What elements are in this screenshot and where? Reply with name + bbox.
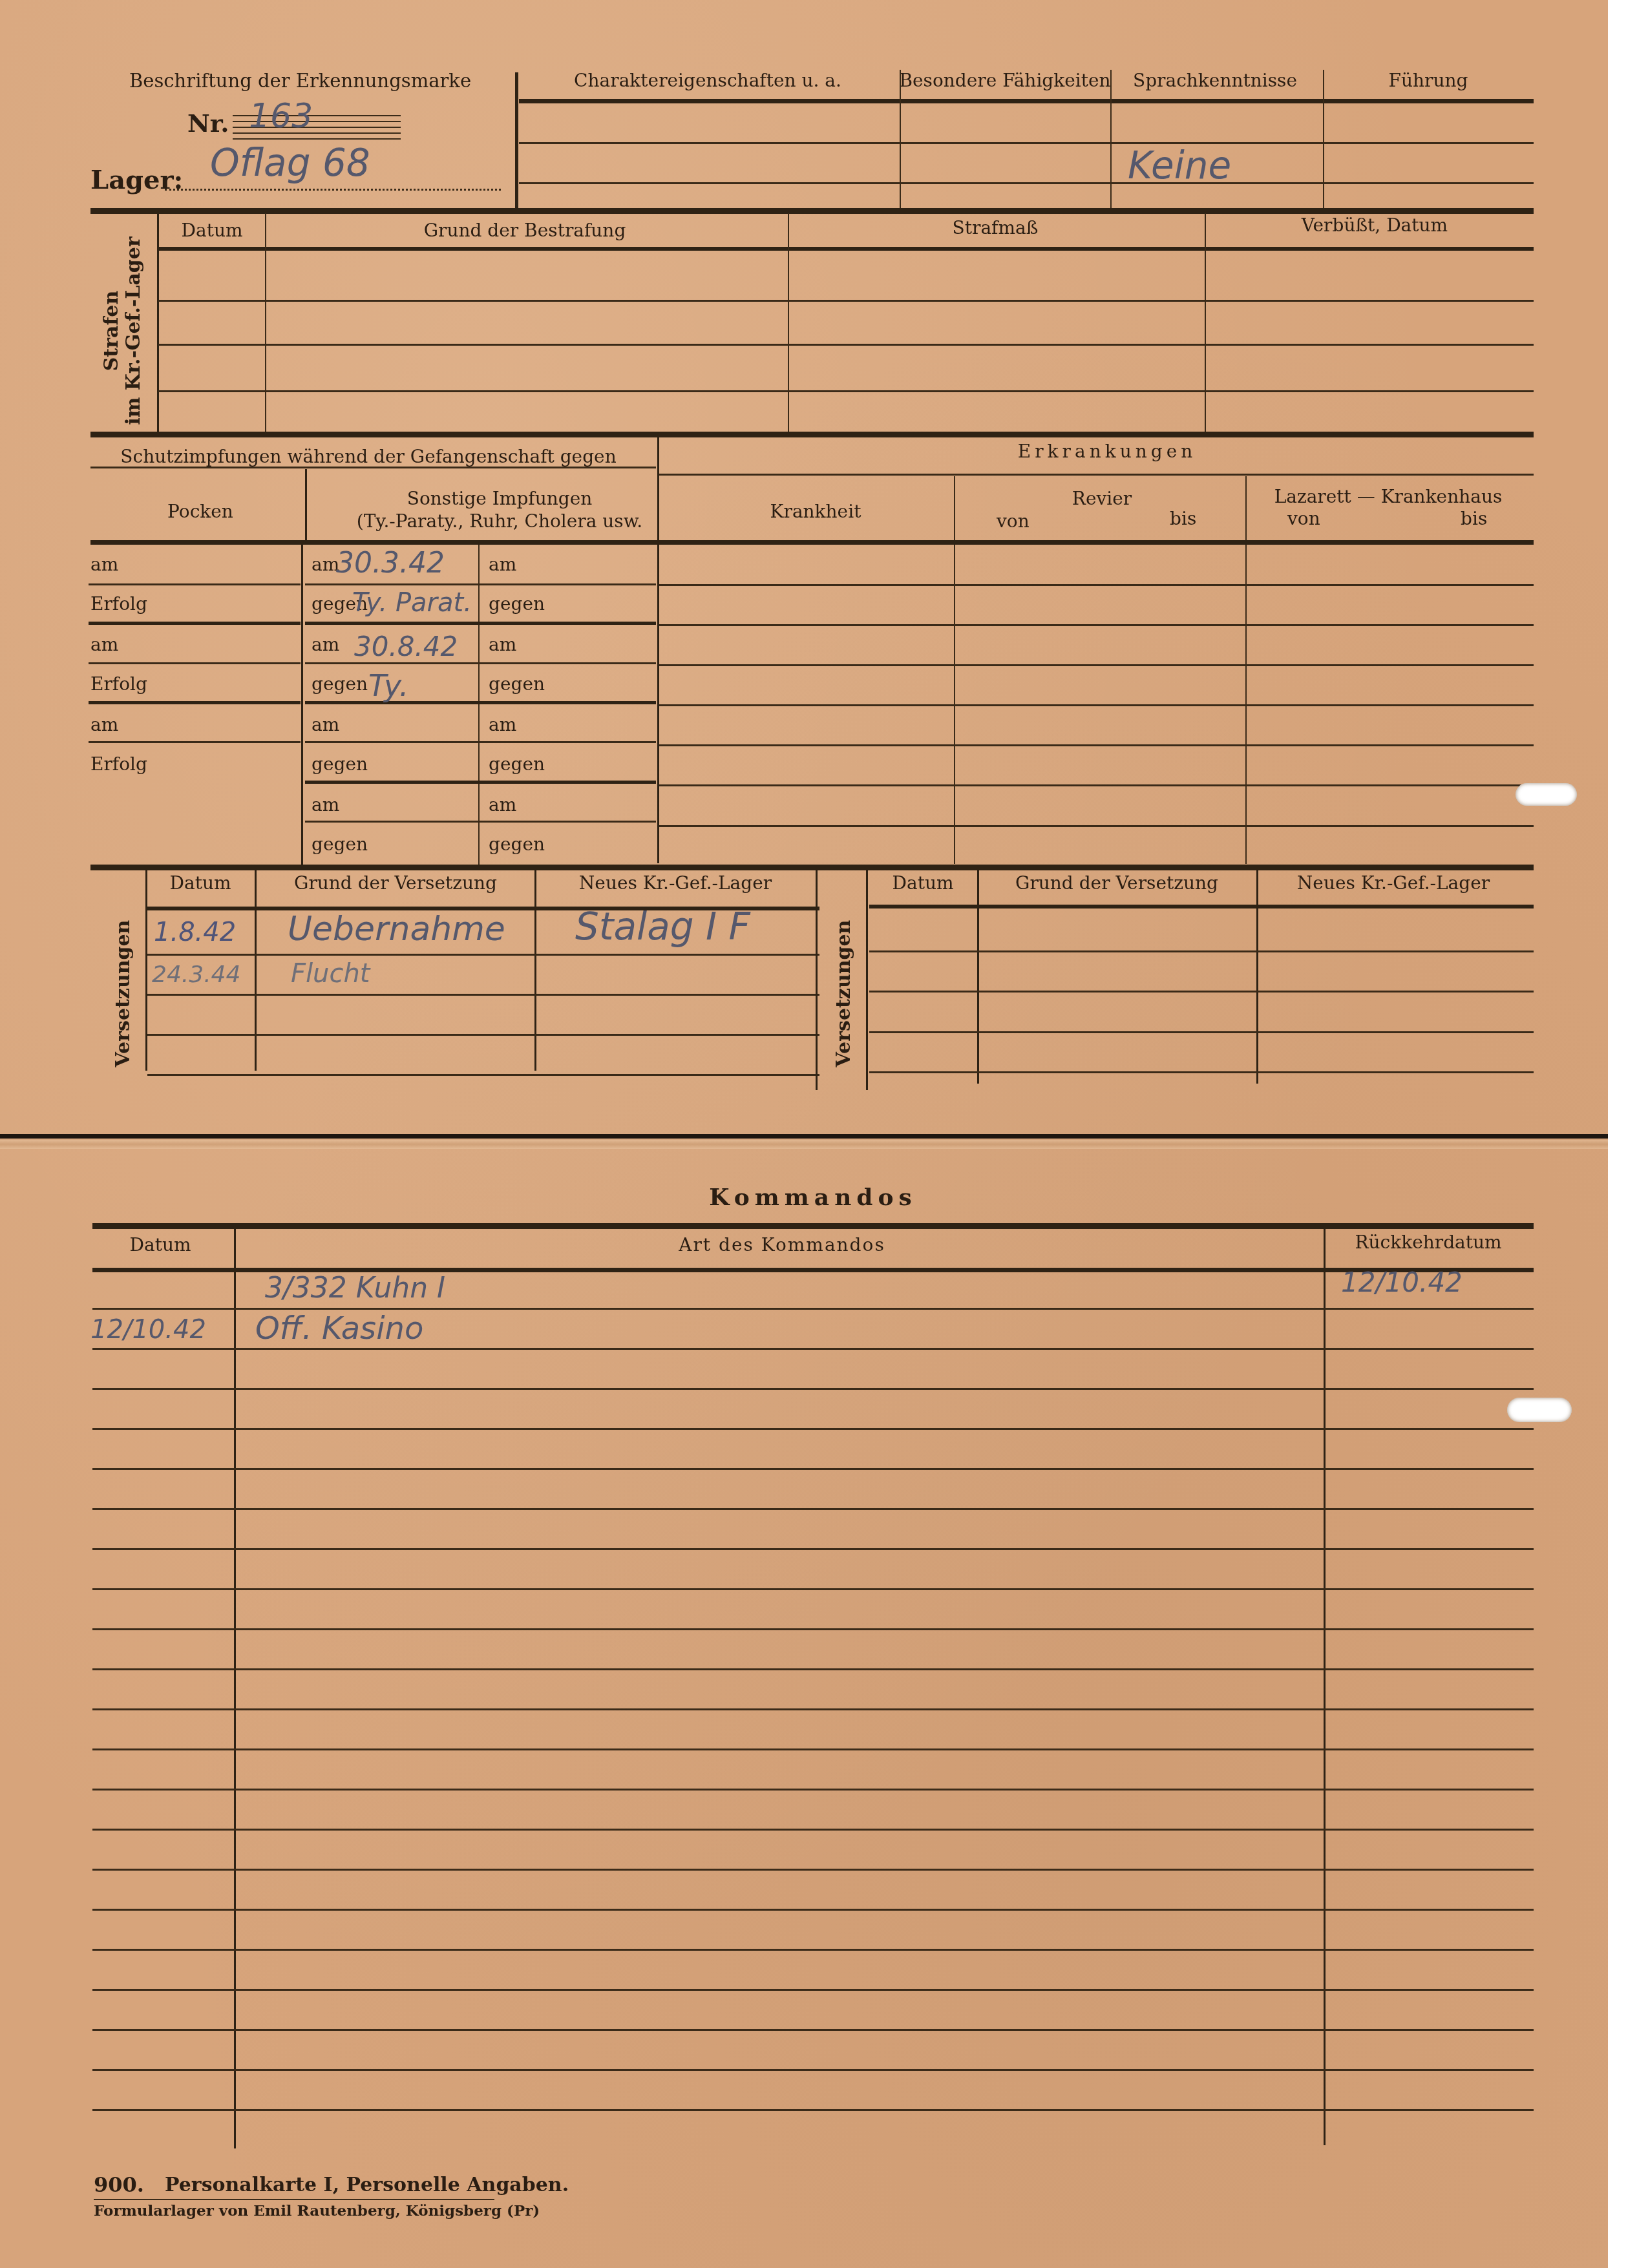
versetzungen-left-col-lager: Neues Kr.-Gef.-Lager	[579, 872, 772, 894]
kommando-art-1[interactable]: 3/332 Kuhn I	[265, 1272, 445, 1305]
kommandos-heading: Kommandos	[709, 1184, 917, 1211]
versetzung-datum-2[interactable]: 24.3.44	[152, 961, 240, 988]
versetzungen-right-col-datum: Datum	[893, 872, 954, 894]
versetzungen-side-label-left: Versetzungen	[112, 916, 134, 1071]
sonstige-a-am-1: am	[312, 554, 339, 575]
sonstige-a-am-3: am	[312, 714, 339, 735]
nr-label: Nr.	[187, 109, 229, 138]
sonstige-b-gegen-1: gegen	[489, 593, 545, 614]
kommandos-col-datum: Datum	[130, 1234, 191, 1255]
form-number: 900.	[94, 2172, 144, 2197]
sonstige-a-am-2: am	[312, 634, 339, 655]
sonstige-b-am-1: am	[489, 554, 516, 575]
impfung-am-value-1[interactable]: 30.3.42	[336, 547, 445, 580]
sonstige-b-am-3: am	[489, 714, 516, 735]
revier-von-label: von	[997, 510, 1030, 532]
versetzungen-right-col-lager: Neues Kr.-Gef.-Lager	[1297, 872, 1490, 894]
col-besondere-faehigkeiten: Besondere Fähigkeiten	[899, 70, 1110, 91]
strafen-side-label: Strafen im Kr.-Gef.-Lager	[101, 208, 145, 454]
krankheit-label: Krankheit	[770, 501, 861, 522]
versetzungen-left-col-datum: Datum	[170, 872, 231, 894]
sonstige-a-gegen-2: gegen	[312, 673, 368, 695]
nr-value[interactable]: 163	[249, 97, 313, 136]
col-sprachkenntnisse: Sprachkenntnisse	[1133, 70, 1297, 91]
lazarett-von-label: von	[1287, 508, 1320, 529]
impfung-gegen-value-2[interactable]: Ty.	[368, 668, 408, 703]
versetzung-lager-1[interactable]: Stalag I F	[575, 905, 750, 949]
sonstige-a-gegen-3: gegen	[312, 753, 368, 775]
lazarett-bis-label: bis	[1461, 508, 1487, 529]
kommando-rueckkehr-1[interactable]: 12/10.42	[1341, 1266, 1463, 1298]
versetzung-grund-1[interactable]: Uebernahme	[288, 910, 505, 949]
sonstige-a-gegen-4: gegen	[312, 834, 368, 855]
versetzungen-side-label-right: Versetzungen	[832, 916, 855, 1071]
pocken-row-erfolg-2: Erfolg	[90, 673, 147, 695]
revier-bis-label: bis	[1170, 508, 1196, 529]
strafen-side-label-2: im Kr.-Gef.-Lager	[123, 208, 145, 454]
impfung-gegen-value-1[interactable]: Ty. Parat.	[352, 588, 472, 618]
pocken-row-erfolg-3: Erfolg	[90, 753, 147, 775]
kommando-datum-2[interactable]: 12/10.42	[90, 1315, 206, 1345]
sonstige-b-am-2: am	[489, 634, 516, 655]
punch-hole-upper	[1516, 783, 1577, 806]
sonstige-a-am-4: am	[312, 794, 339, 815]
strafen-side-label-1: Strafen	[101, 208, 123, 454]
strafen-col-strafmass: Strafmaß	[953, 217, 1039, 238]
lager-dotted-line	[165, 189, 501, 191]
sprachkenntnisse-value[interactable]: Keine	[1128, 143, 1231, 187]
erkennungsmarke-heading: Beschriftung der Erkennungsmarke	[129, 70, 471, 92]
strafen-col-verbuesst: Verbüßt, Datum	[1302, 215, 1448, 236]
versetzungen-right-col-grund: Grund der Versetzung	[1015, 872, 1218, 894]
pocken-row-am-3: am	[90, 714, 118, 735]
sonstige-b-gegen-2: gegen	[489, 673, 545, 695]
pocken-row-erfolg-1: Erfolg	[90, 593, 147, 614]
schutzimpfungen-heading: Schutzimpfungen während der Gefangenscha…	[120, 446, 616, 467]
form-title: Personalkarte I, Personelle Angaben.	[165, 2174, 569, 2196]
sonstige-impfungen-label: Sonstige Impfungen	[407, 488, 593, 509]
versetzungen-left-col-grund: Grund der Versetzung	[294, 872, 497, 894]
impfung-am-value-2[interactable]: 30.8.42	[354, 631, 458, 662]
personalkarte-form: Beschriftung der Erkennungsmarke Nr. 163…	[0, 0, 1608, 2268]
kommandos-col-rueckkehr: Rückkehrdatum	[1355, 1232, 1501, 1253]
pocken-label: Pocken	[167, 501, 233, 522]
kommandos-col-art: Art des Kommandos	[679, 1234, 885, 1255]
col-charaktereigenschaften: Charaktereigenschaften u. a.	[574, 70, 841, 91]
versetzung-grund-2[interactable]: Flucht	[291, 959, 370, 989]
pocken-row-am-2: am	[90, 634, 118, 655]
pocken-row-am-1: am	[90, 554, 118, 575]
printer-imprint: Formularlager von Emil Rautenberg, König…	[94, 2202, 540, 2220]
lazarett-label: Lazarett — Krankenhaus	[1274, 486, 1503, 507]
erkrankungen-heading: Erkrankungen	[1018, 441, 1196, 462]
sonstige-b-am-4: am	[489, 794, 516, 815]
lager-value[interactable]: Oflag 68	[210, 141, 370, 185]
sonstige-impfungen-sublabel: (Ty.-Paraty., Ruhr, Cholera usw.	[357, 510, 643, 532]
kommando-art-2[interactable]: Off. Kasino	[255, 1310, 423, 1347]
revier-label: Revier	[1072, 488, 1132, 509]
strafen-col-datum: Datum	[182, 220, 243, 241]
punch-hole-lower	[1507, 1398, 1572, 1422]
sonstige-b-gegen-3: gegen	[489, 753, 545, 775]
versetzung-datum-1[interactable]: 1.8.42	[154, 918, 236, 947]
col-fuehrung: Führung	[1389, 70, 1468, 91]
strafen-col-grund: Grund der Bestrafung	[424, 220, 626, 241]
sonstige-b-gegen-4: gegen	[489, 834, 545, 855]
